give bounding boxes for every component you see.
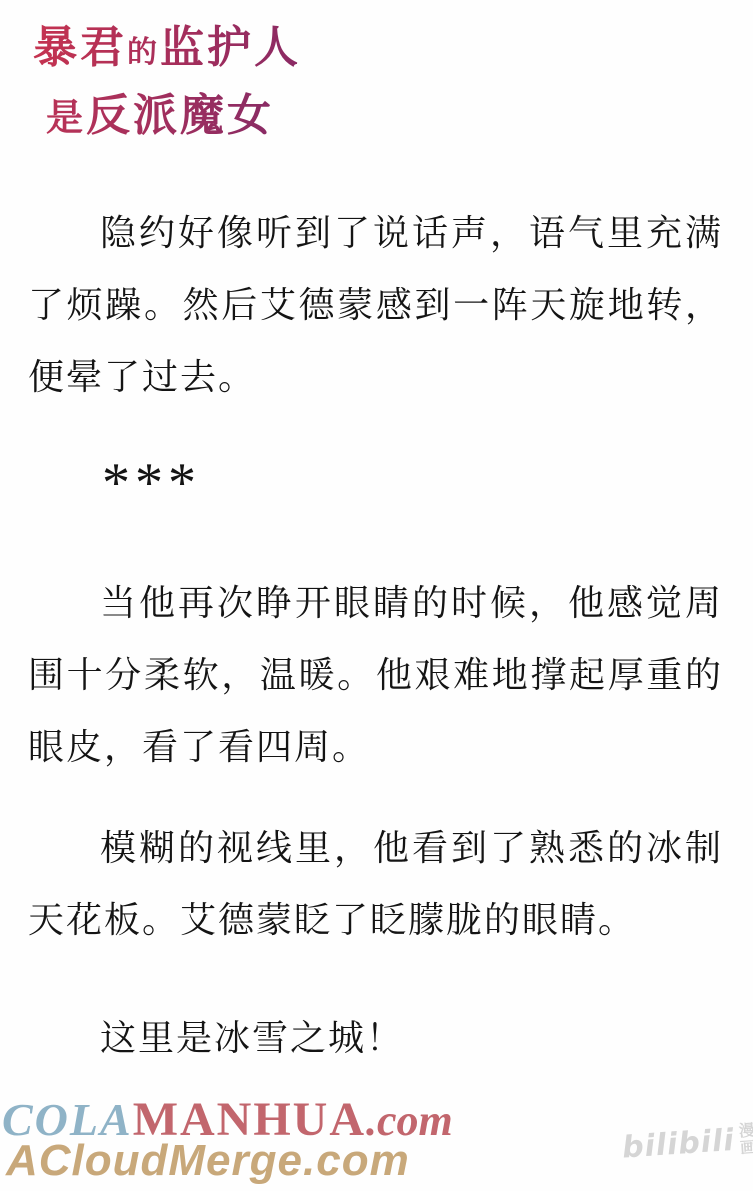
paragraph: 这里是冰雪之城！	[28, 1002, 723, 1074]
novel-page: 暴君的监护人 是反派魔女 隐约好像听到了说话声，语气里充满了烦躁。然后艾德蒙感到…	[0, 0, 753, 1191]
bilibili-manga-cn-label: 漫 画	[738, 1122, 753, 1157]
novel-text-body: 隐约好像听到了说话声，语气里充满了烦躁。然后艾德蒙感到一阵天旋地转，便晕了过去。…	[28, 197, 723, 1074]
title-segment: 的	[127, 36, 160, 69]
series-title-line1: 暴君的监护人	[33, 18, 301, 88]
title-segment: 监护人	[160, 23, 301, 72]
bilibili-logo-text: bilibili	[621, 1123, 736, 1166]
paragraph: 隐约好像听到了说话声，语气里充满了烦躁。然后艾德蒙感到一阵天旋地转，便晕了过去。	[28, 197, 723, 413]
bilibili-manga-cn-bottom: 画	[740, 1139, 753, 1157]
series-title-logo: 暴君的监护人 是反派魔女	[33, 18, 301, 156]
paragraph: 模糊的视线里，他看到了熟悉的冰制天花板。艾德蒙眨了眨朦胧的眼睛。	[28, 812, 723, 956]
bilibili-manga-watermark: bilibili 漫 画	[621, 1121, 753, 1165]
title-segment: 反派魔女	[86, 91, 274, 140]
scene-separator: ***	[28, 447, 723, 519]
series-title-line2: 是反派魔女	[33, 86, 301, 156]
paragraph: 当他再次睁开眼睛的时候，他感觉周围十分柔软，温暖。他艰难地撑起厚重的眼皮，看了看…	[28, 567, 723, 783]
acloudmerge-watermark: ACloudMerge.com	[6, 1136, 410, 1186]
title-segment: 是	[46, 98, 86, 139]
bilibili-manga-cn-top: 漫	[738, 1122, 753, 1140]
title-segment: 暴君	[33, 23, 127, 72]
